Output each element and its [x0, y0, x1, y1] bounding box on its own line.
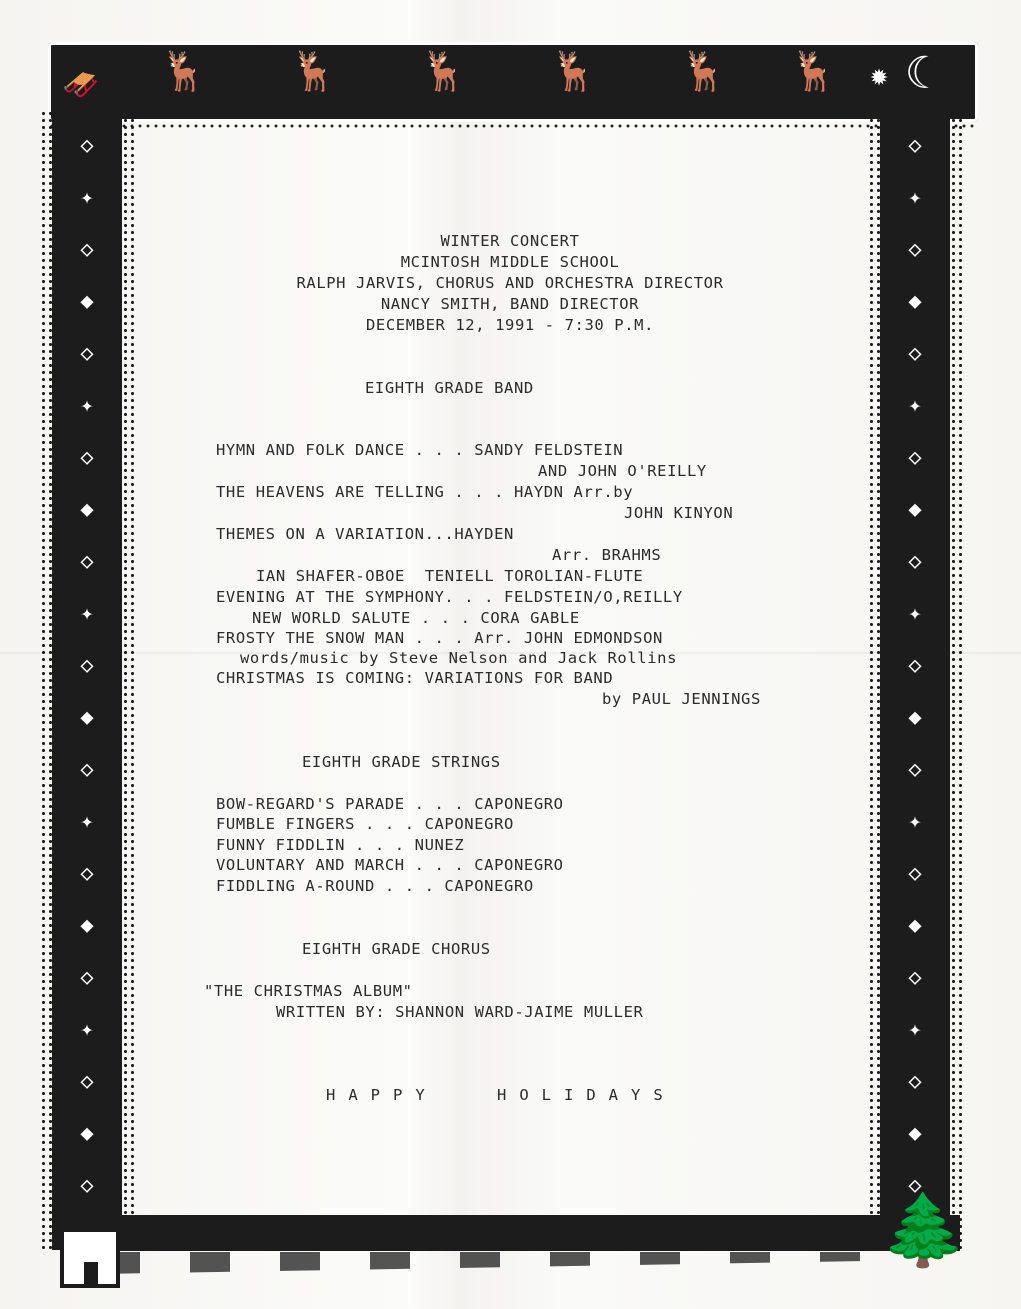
reindeer-icon: 🦌: [160, 52, 207, 90]
sparkle-star-icon: ✦: [52, 811, 122, 833]
diamond-outline-icon: ◇: [880, 239, 950, 261]
program-line: FROSTY THE SNOW MAN . . . Arr. JOHN EDMO…: [216, 628, 663, 648]
diamond-icon: ◆: [880, 915, 950, 937]
diamond-icon: ◆: [880, 291, 950, 313]
reindeer-icon: 🦌: [290, 52, 337, 90]
diamond-icon: ◆: [52, 291, 122, 313]
chorus-orchestra-director: RALPH JARVIS, CHORUS AND ORCHESTRA DIREC…: [160, 273, 860, 293]
bottom-border-landscape: [60, 1215, 960, 1251]
diamond-outline-icon: ◇: [880, 551, 950, 573]
band-heading: EIGHTH GRADE BAND: [365, 378, 534, 398]
program-line: VOLUNTARY AND MARCH . . . CAPONEGRO: [216, 855, 564, 875]
school-name: MCINTOSH MIDDLE SCHOOL: [160, 252, 860, 272]
diamond-outline-icon: ◇: [880, 135, 950, 157]
reindeer-icon: 🦌: [420, 52, 467, 90]
diamond-outline-icon: ◇: [880, 863, 950, 885]
diamond-icon: ◆: [52, 915, 122, 937]
soloists-line: IAN SHAFER-OBOE TENIELL TOROLIAN-FLUTE: [256, 566, 643, 586]
reindeer-icon: 🦌: [550, 52, 597, 90]
diamond-outline-icon: ◇: [52, 759, 122, 781]
sparkle-star-icon: ✦: [880, 395, 950, 417]
diamond-icon: ◆: [880, 499, 950, 521]
diamond-outline-icon: ◇: [880, 1071, 950, 1093]
strings-heading: EIGHTH GRADE STRINGS: [302, 752, 501, 772]
house-door: [84, 1262, 98, 1284]
program-line: CHRISTMAS IS COMING: VARIATIONS FOR BAND: [216, 668, 613, 688]
diamond-icon: ◆: [52, 1123, 122, 1145]
sleigh-icon: 🛷: [62, 68, 99, 103]
chorus-heading: EIGHTH GRADE CHORUS: [302, 939, 491, 959]
reindeer-icon: 🦌: [790, 52, 837, 90]
program-line: FUNNY FIDDLIN . . . NUNEZ: [216, 835, 464, 855]
house-icon: [60, 1228, 120, 1288]
sparkle-star-icon: ✦: [52, 395, 122, 417]
program-line: HYMN AND FOLK DANCE . . . SANDY FELDSTEI…: [216, 440, 623, 460]
diamond-icon: ◆: [880, 707, 950, 729]
sparkle-star-icon: ✦: [52, 603, 122, 625]
program-line: NEW WORLD SALUTE . . . CORA GABLE: [252, 608, 580, 628]
pine-tree-icon: 🌲: [880, 1195, 967, 1265]
diamond-outline-icon: ◇: [880, 343, 950, 365]
sparkle-star-icon: ✦: [52, 1019, 122, 1041]
program-line: FUMBLE FINGERS . . . CAPONEGRO: [216, 814, 514, 834]
diamond-outline-icon: ◇: [52, 1071, 122, 1093]
diamond-icon: ◆: [52, 499, 122, 521]
diamond-outline-icon: ◇: [52, 1175, 122, 1197]
sparkle-star-icon: ✦: [880, 1019, 950, 1041]
diamond-icon: ◆: [52, 707, 122, 729]
diamond-outline-icon: ◇: [52, 135, 122, 157]
program-line: EVENING AT THE SYMPHONY. . . FELDSTEIN/O…: [216, 587, 683, 607]
diamond-outline-icon: ◇: [52, 863, 122, 885]
diamond-outline-icon: ◇: [880, 967, 950, 989]
diamond-outline-icon: ◇: [880, 655, 950, 677]
program-line: JOHN KINYON: [624, 503, 733, 523]
closing-happy: HAPPY: [326, 1085, 438, 1105]
album-title: "THE CHRISTMAS ALBUM": [204, 981, 413, 1001]
album-writers: WRITTEN BY: SHANNON WARD-JAIME MULLER: [276, 1002, 643, 1022]
diamond-outline-icon: ◇: [52, 967, 122, 989]
program-line: by PAUL JENNINGS: [602, 689, 761, 709]
diamond-outline-icon: ◇: [52, 239, 122, 261]
closing-holidays: HOLIDAYS: [497, 1085, 676, 1105]
program-line: BOW-REGARD'S PARADE . . . CAPONEGRO: [216, 794, 564, 814]
diamond-outline-icon: ◇: [52, 343, 122, 365]
program-line: THEMES ON A VARIATION...HAYDEN: [216, 524, 514, 544]
credits-line: words/music by Steve Nelson and Jack Rol…: [240, 648, 677, 668]
program-line: Arr. BRAHMS: [552, 545, 661, 565]
diamond-icon: ◆: [880, 1123, 950, 1145]
star-icon: ✹: [870, 58, 888, 93]
program-line: FIDDLING A-ROUND . . . CAPONEGRO: [216, 876, 534, 896]
crescent-moon-icon: ☾: [905, 48, 932, 99]
diamond-outline-icon: ◇: [880, 447, 950, 469]
reindeer-icon: 🦌: [680, 52, 727, 90]
program-line: THE HEAVENS ARE TELLING . . . HAYDN Arr.…: [216, 482, 633, 502]
diamond-outline-icon: ◇: [52, 655, 122, 677]
sparkle-star-icon: ✦: [52, 187, 122, 209]
concert-date-time: DECEMBER 12, 1991 - 7:30 P.M.: [160, 315, 860, 335]
program-line: AND JOHN O'REILLY: [538, 461, 707, 481]
diamond-outline-icon: ◇: [52, 447, 122, 469]
band-director: NANCY SMITH, BAND DIRECTOR: [160, 294, 860, 314]
diamond-outline-icon: ◇: [880, 759, 950, 781]
concert-title: WINTER CONCERT: [160, 231, 860, 251]
diamond-outline-icon: ◇: [52, 551, 122, 573]
sparkle-star-icon: ✦: [880, 187, 950, 209]
sparkle-star-icon: ✦: [880, 811, 950, 833]
sparkle-star-icon: ✦: [880, 603, 950, 625]
